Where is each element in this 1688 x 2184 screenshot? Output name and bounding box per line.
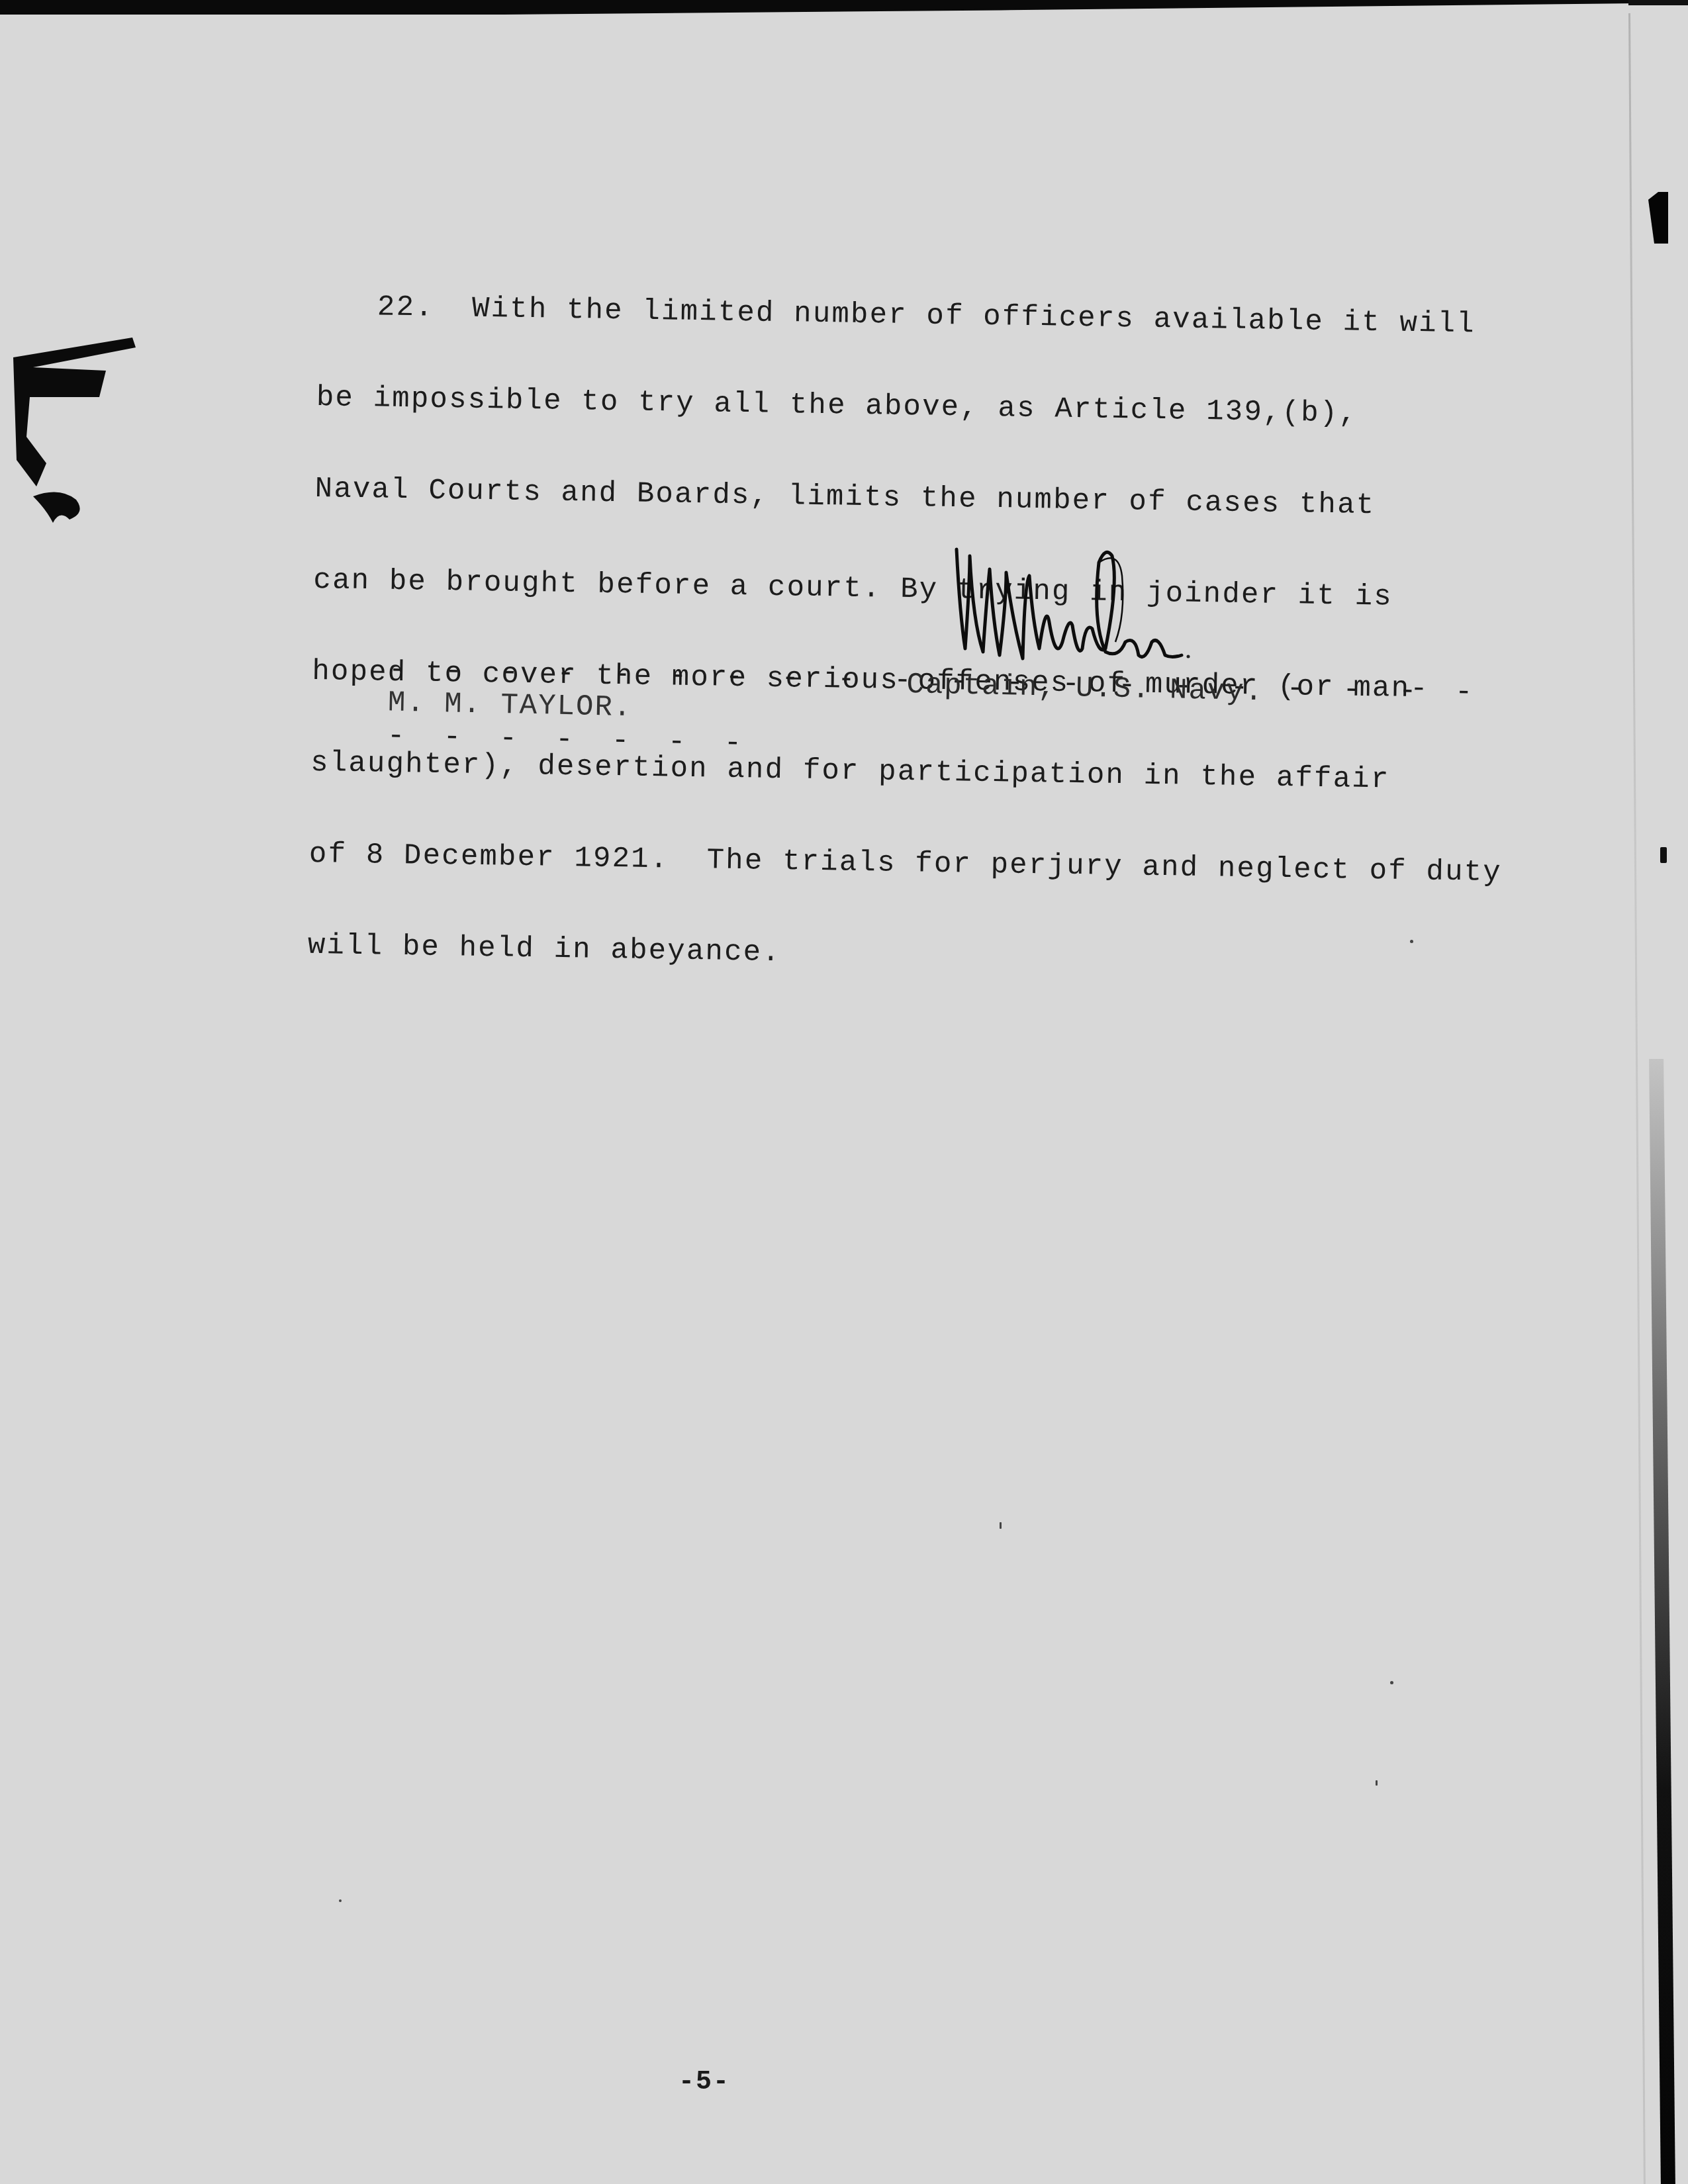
paragraph-line: will be held in abeyance. <box>308 929 1566 974</box>
paragraph-line: of 8 December 1921. The trials for perju… <box>309 838 1567 883</box>
paragraph-line: Naval Courts and Boards, limits the numb… <box>314 473 1572 518</box>
signer-name: M. M. TAYLOR. <box>387 686 632 725</box>
scan-speck <box>1410 940 1413 943</box>
signature-dashes-right: - - - - - - - <box>387 719 752 760</box>
page-edge-line <box>1628 13 1646 2184</box>
page-number: -5- <box>679 2068 730 2097</box>
scan-speck <box>1376 1780 1378 1786</box>
document-page: 22. With the limited number of officers … <box>0 0 1688 2184</box>
scan-border-top-right <box>1628 0 1688 5</box>
right-edge-mark <box>1648 192 1668 244</box>
scan-border-right <box>1649 1059 1675 2184</box>
signature-line: - - - - - - - - - - - - - - - - - - - - … <box>311 619 1539 810</box>
paragraph-line: 22. With the limited number of officers … <box>318 290 1575 335</box>
scan-speck <box>1000 1522 1002 1529</box>
scan-border-top <box>0 0 1668 15</box>
scan-speck <box>1390 1681 1393 1684</box>
right-edge-mark-small <box>1660 847 1667 863</box>
paragraph-line: be impossible to try all the above, as A… <box>316 381 1574 426</box>
margin-f-mark-icon <box>7 331 139 523</box>
scan-speck <box>339 1899 342 1902</box>
